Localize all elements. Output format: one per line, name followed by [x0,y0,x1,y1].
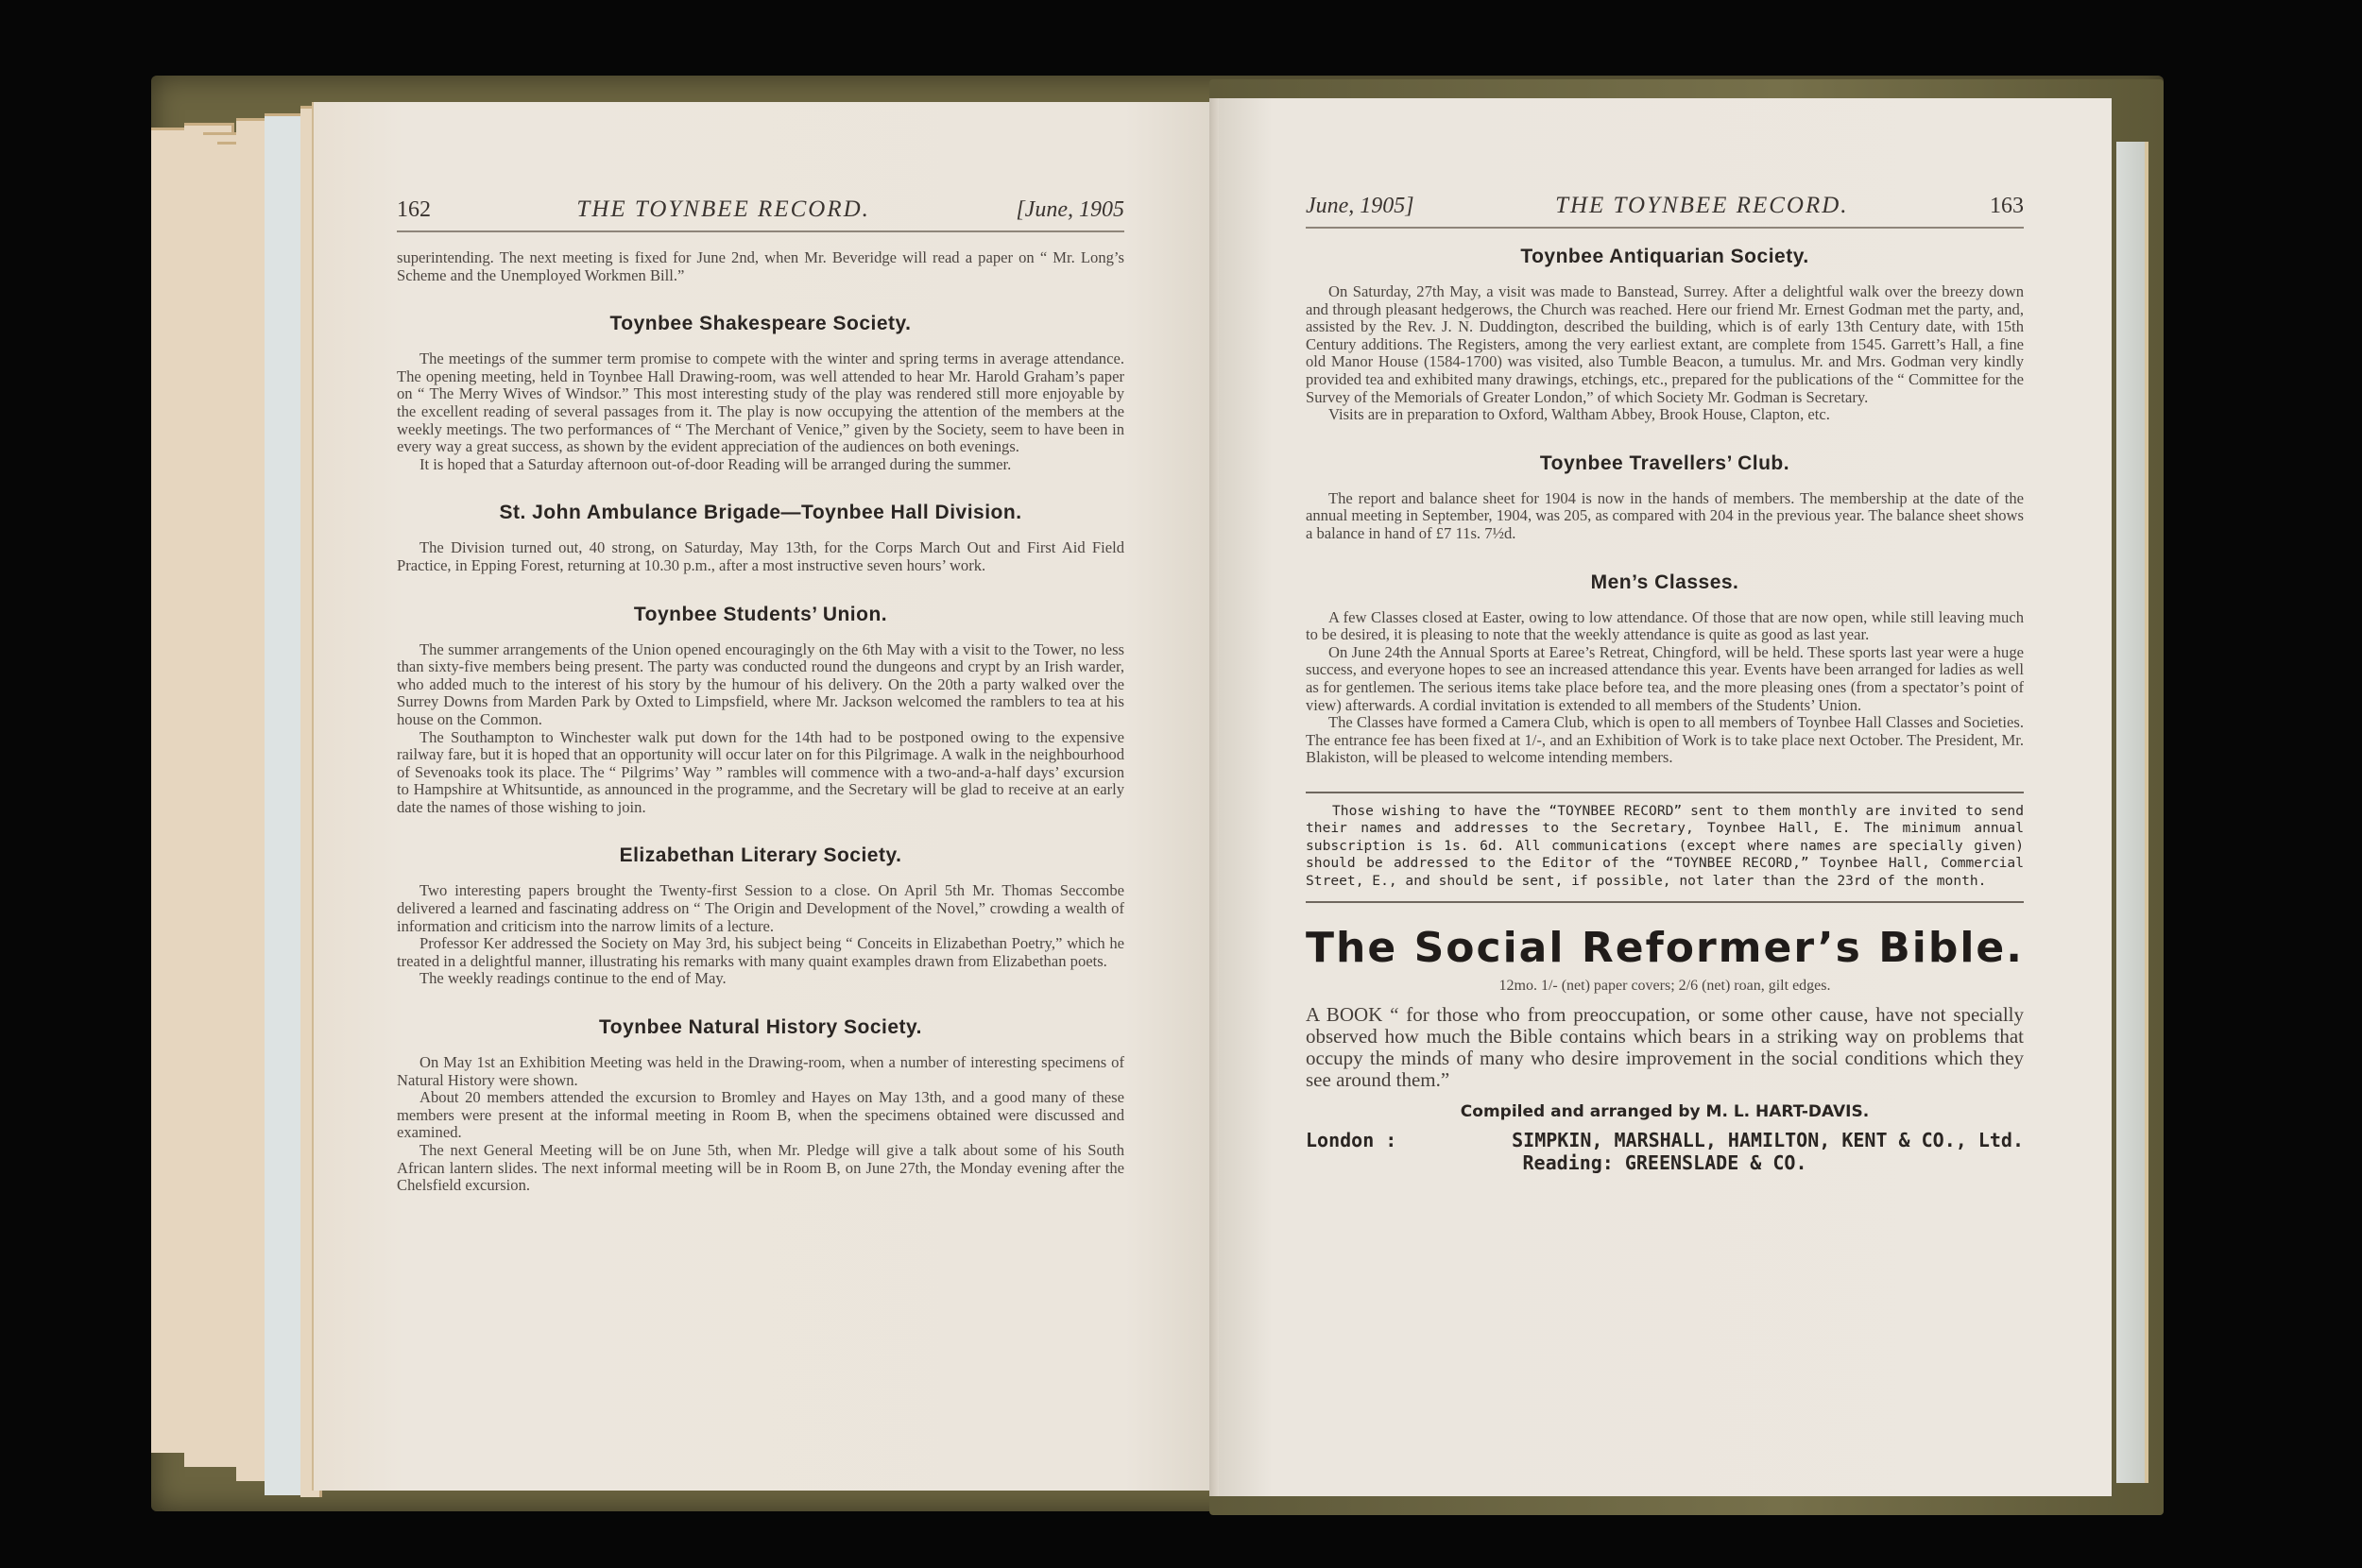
ad-publisher: London : SIMPKIN, MARSHALL, HAMILTON, KE… [1306,1129,2024,1174]
ad-title-word: Bible. [1878,924,2024,972]
ad-price-line: 12mo. 1/- (net) paper covers; 2/6 (net) … [1306,978,2024,995]
continued-paragraph: superintending. The next meeting is fixe… [397,249,1124,284]
paragraph: The report and balance sheet for 1904 is… [1306,490,2024,543]
section-title: Toynbee Natural History Society. [397,1016,1124,1039]
section-title: St. John Ambulance Brigade—Toynbee Hall … [397,502,1124,524]
section-title: Toynbee Shakespeare Society. [397,313,1124,335]
right-page-edge [2116,142,2148,1483]
ad-title-word: The [1306,924,1397,972]
page-number: 163 [1990,194,2024,219]
running-title: THE TOYNBEE RECORD. [1555,193,1848,219]
paragraph: It is hoped that a Saturday afternoon ou… [397,456,1124,474]
section-antiquarian-society: Toynbee Antiquarian Society. On Saturday… [1306,246,2024,424]
ad-london-label: London : [1306,1129,1396,1151]
paragraph: The Division turned out, 40 strong, on S… [397,539,1124,574]
issue-date: June, 1905] [1306,194,1414,219]
running-title: THE TOYNBEE RECORD. [576,196,869,223]
paragraph: The Southampton to Winchester walk put d… [397,729,1124,817]
section-ambulance-brigade: St. John Ambulance Brigade—Toynbee Hall … [397,502,1124,574]
ad-title: The Social Reformer’s Bible. [1306,924,2024,972]
ad-title-word: Reformer’s [1582,924,1862,972]
subscription-notice: Those wishing to have the “TOYNBEE RECOR… [1306,792,2024,904]
section-students-union: Toynbee Students’ Union. The summer arra… [397,604,1124,817]
section-natural-history-society: Toynbee Natural History Society. On May … [397,1016,1124,1195]
running-head: June, 1905] THE TOYNBEE RECORD. 163 [1306,193,2024,229]
paragraph: About 20 members attended the excursion … [397,1089,1124,1142]
ad-body: A BOOK “ for those who from preoccupatio… [1306,1004,2024,1091]
section-shakespeare-society: Toynbee Shakespeare Society. The meeting… [397,313,1124,473]
running-head: 162 THE TOYNBEE RECORD. [June, 1905 [397,196,1124,232]
issue-date: [June, 1905 [1016,197,1124,223]
paragraph: On Saturday, 27th May, a visit was made … [1306,283,2024,406]
paragraph: Visits are in preparation to Oxford, Wal… [1306,406,2024,424]
paragraph: A few Classes closed at Easter, owing to… [1306,609,2024,644]
paragraph: On May 1st an Exhibition Meeting was hel… [397,1054,1124,1089]
paragraph: The Classes have formed a Camera Club, w… [1306,714,2024,767]
paragraph: Two interesting papers brought the Twent… [397,882,1124,935]
section-title: Toynbee Travellers’ Club. [1306,452,2024,475]
ad-reading-publisher: Reading: GREENSLADE & CO. [1306,1151,2024,1174]
paragraph: The weekly readings continue to the end … [397,970,1124,988]
page-edge [265,113,305,1495]
section-elizabethan-literary-society: Elizabethan Literary Society. Two intere… [397,844,1124,988]
paragraph: The next General Meeting will be on June… [397,1142,1124,1195]
paragraph: Professor Ker addressed the Society on M… [397,935,1124,970]
right-page: June, 1905] THE TOYNBEE RECORD. 163 Toyn… [1219,98,2112,1496]
ad-title-word: Social [1414,924,1566,972]
section-title: Toynbee Students’ Union. [397,604,1124,626]
section-mens-classes: Men’s Classes. A few Classes closed at E… [1306,571,2024,767]
advertisement: The Social Reformer’s Bible. 12mo. 1/- (… [1306,924,2024,1174]
paragraph: On June 24th the Annual Sports at Earee’… [1306,644,2024,714]
paragraph: The summer arrangements of the Union ope… [397,641,1124,729]
section-title: Toynbee Antiquarian Society. [1306,246,2024,268]
left-page: 162 THE TOYNBEE RECORD. [June, 1905 supe… [312,102,1216,1491]
page-number: 162 [397,197,431,223]
ad-compiled-by: Compiled and arranged by M. L. HART-DAVI… [1306,1102,2024,1121]
ad-london-publisher: SIMPKIN, MARSHALL, HAMILTON, KENT & CO.,… [1512,1129,2024,1151]
section-title: Elizabethan Literary Society. [397,844,1124,867]
section-travellers-club: Toynbee Travellers’ Club. The report and… [1306,452,2024,543]
section-title: Men’s Classes. [1306,571,2024,594]
paragraph: The meetings of the summer term promise … [397,350,1124,456]
notice-text: Those wishing to have the “TOYNBEE RECOR… [1306,803,2024,891]
